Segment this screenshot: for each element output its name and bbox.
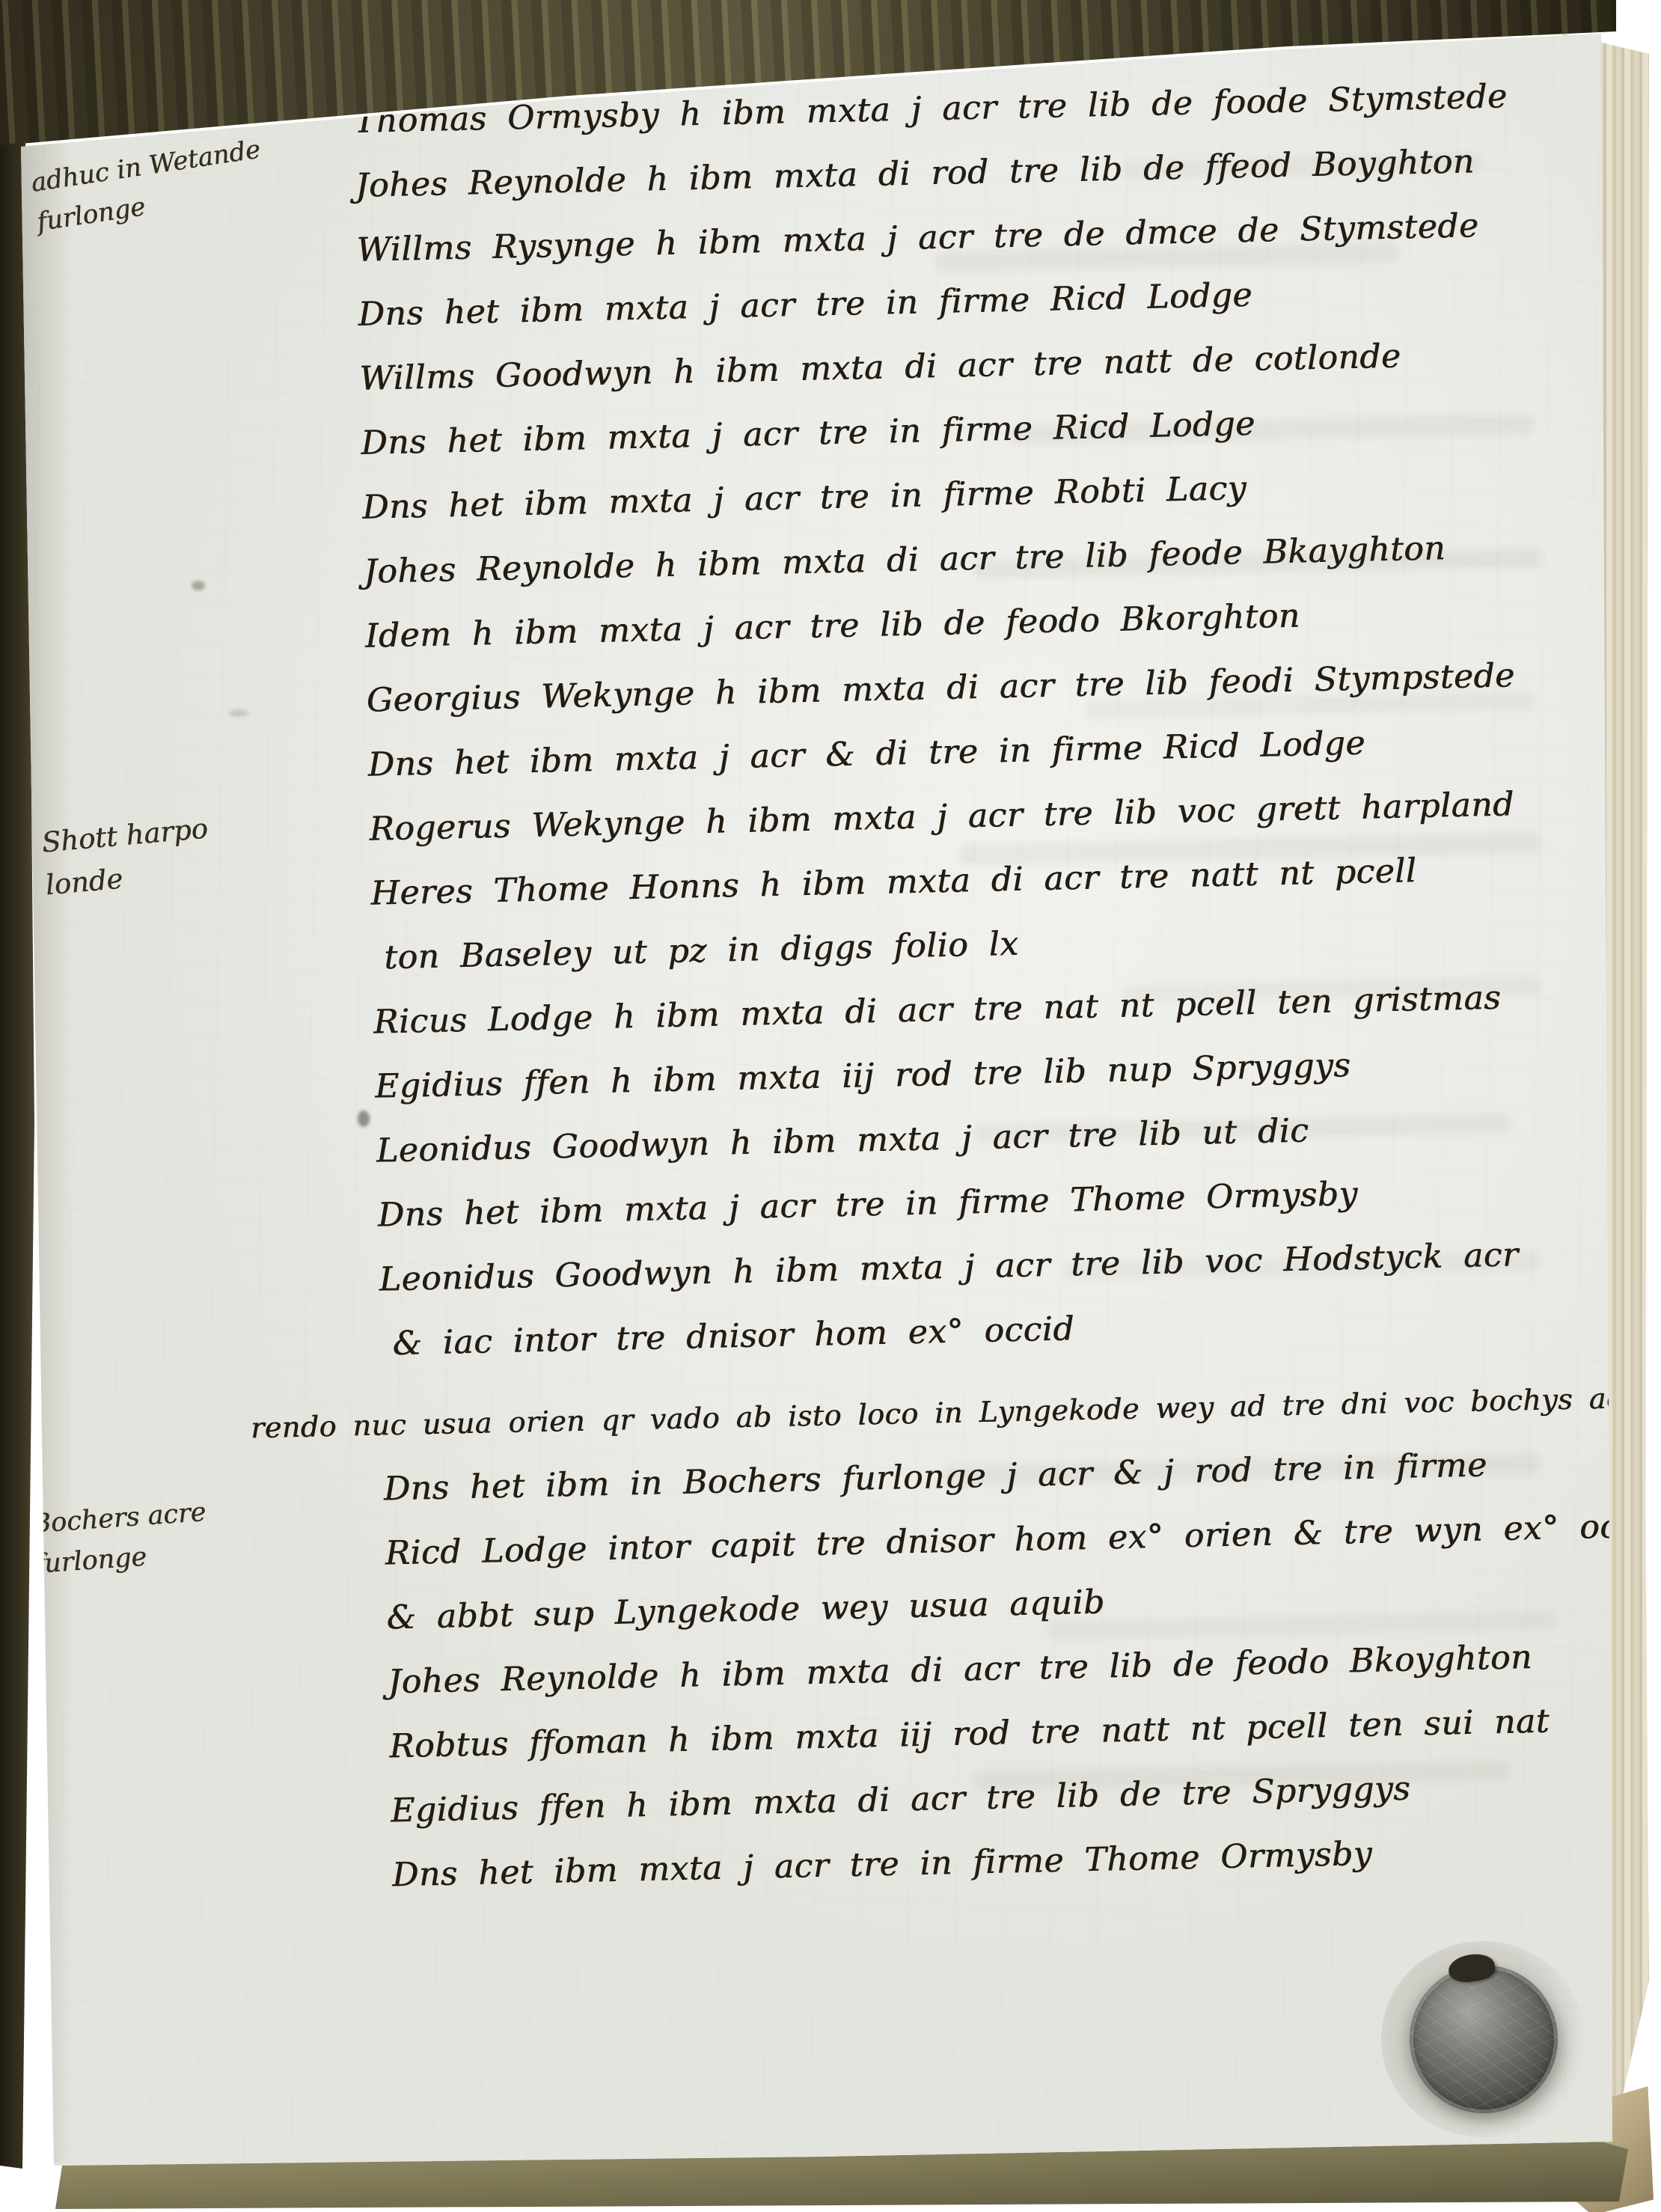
ink-smudge — [229, 709, 248, 717]
entry-lines: Thomas Ormysby h ibm mxta j acr tre lib … — [353, 62, 1661, 1908]
ink-smudge — [358, 1110, 370, 1127]
manuscript-page: ffolio xlix adhuc in WetandefurlongeShot… — [0, 0, 1661, 2212]
manuscript-photo: ffolio xlix adhuc in WetandefurlongeShot… — [0, 0, 1661, 2212]
margin-note: Bochers acrefurlonge — [30, 1492, 209, 1586]
ink-smudge — [192, 581, 205, 590]
margin-note: Shott harpolonde — [40, 807, 213, 908]
metal-paperweight — [1410, 1965, 1558, 2113]
